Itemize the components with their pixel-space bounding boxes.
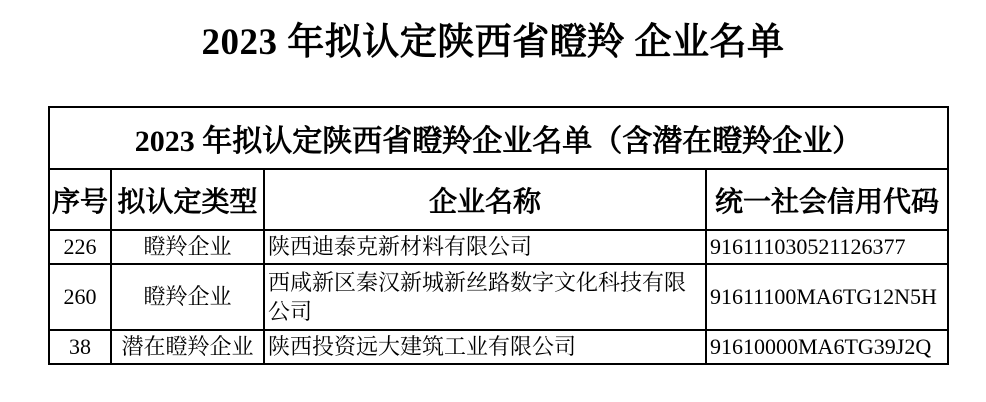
cell-enterprise-name: 陕西投资远大建筑工业有限公司 bbox=[264, 330, 706, 364]
column-header-enterprise-name: 企业名称 bbox=[264, 169, 706, 230]
cell-type: 瞪羚企业 bbox=[111, 230, 264, 264]
cell-serial: 226 bbox=[49, 230, 111, 264]
cell-serial: 38 bbox=[49, 330, 111, 364]
table-caption: 2023 年拟认定陕西省瞪羚企业名单（含潜在瞪羚企业） bbox=[49, 107, 948, 169]
cell-enterprise-name: 陕西迪泰克新材料有限公司 bbox=[264, 230, 706, 264]
document-page: 2023 年拟认定陕西省瞪羚 企业名单 2023 年拟认定陕西省瞪羚企业名单（含… bbox=[0, 20, 986, 365]
table-row: 38 潜在瞪羚企业 陕西投资远大建筑工业有限公司 91610000MA6TG39… bbox=[49, 330, 948, 364]
cell-type: 潜在瞪羚企业 bbox=[111, 330, 264, 364]
table-row: 226 瞪羚企业 陕西迪泰克新材料有限公司 916111030521126377 bbox=[49, 230, 948, 264]
cell-credit-code: 91610000MA6TG39J2Q bbox=[706, 330, 948, 364]
cell-enterprise-name: 西咸新区秦汉新城新丝路数字文化科技有限公司 bbox=[264, 264, 706, 330]
table-row: 260 瞪羚企业 西咸新区秦汉新城新丝路数字文化科技有限公司 91611100M… bbox=[49, 264, 948, 330]
table-caption-row: 2023 年拟认定陕西省瞪羚企业名单（含潜在瞪羚企业） bbox=[49, 107, 948, 169]
column-header-serial: 序号 bbox=[49, 169, 111, 230]
cell-credit-code: 916111030521126377 bbox=[706, 230, 948, 264]
gazelle-enterprise-table: 2023 年拟认定陕西省瞪羚企业名单（含潜在瞪羚企业） 序号 拟认定类型 企业名… bbox=[48, 106, 949, 365]
cell-serial: 260 bbox=[49, 264, 111, 330]
table-header-row: 序号 拟认定类型 企业名称 统一社会信用代码 bbox=[49, 169, 948, 230]
page-title: 2023 年拟认定陕西省瞪羚 企业名单 bbox=[0, 20, 986, 66]
column-header-type: 拟认定类型 bbox=[111, 169, 264, 230]
column-header-credit-code: 统一社会信用代码 bbox=[706, 169, 948, 230]
cell-credit-code: 91611100MA6TG12N5H bbox=[706, 264, 948, 330]
cell-type: 瞪羚企业 bbox=[111, 264, 264, 330]
